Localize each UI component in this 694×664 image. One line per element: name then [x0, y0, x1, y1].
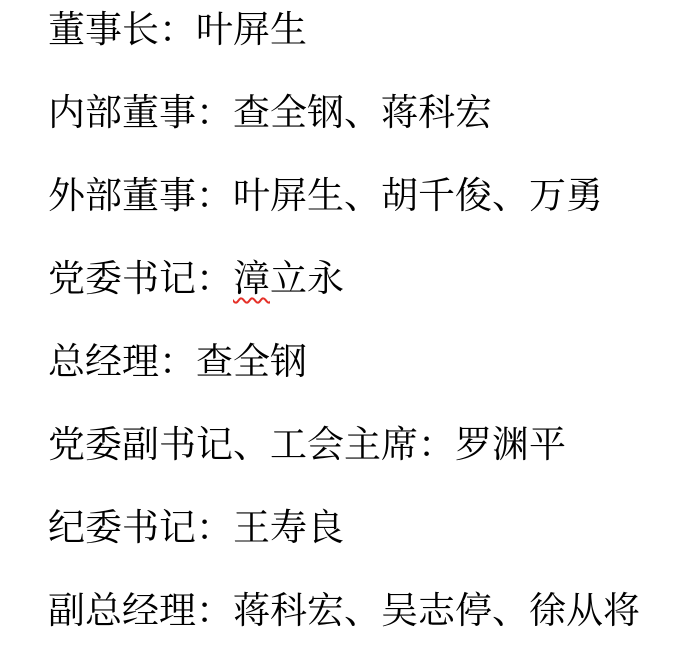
names-text: 王寿良: [233, 508, 344, 549]
colon-separator: ：: [196, 259, 233, 300]
role-label: 副总经理: [48, 591, 196, 632]
document-text-area[interactable]: 董事长：叶屏生 内部董事：查全钢、蒋科宏 外部董事：叶屏生、胡千俊、万勇 党委书…: [0, 0, 694, 664]
names-text: 立永: [270, 259, 344, 300]
misspelled-word-underline[interactable]: 漳: [233, 259, 270, 300]
paragraph-chairman[interactable]: 董事长：叶屏生: [48, 8, 674, 54]
paragraph-party-secretary[interactable]: 党委书记：漳立永: [48, 257, 674, 303]
paragraph-internal-directors[interactable]: 内部董事：查全钢、蒋科宏: [48, 91, 674, 137]
role-label: 纪委书记: [48, 508, 196, 549]
paragraph-deputy-general-managers[interactable]: 副总经理：蒋科宏、吴志停、徐从将: [48, 589, 674, 635]
names-text: 叶屏生: [196, 10, 307, 51]
role-label: 党委书记: [48, 259, 196, 300]
colon-separator: ：: [196, 93, 233, 134]
names-text: 查全钢: [196, 342, 307, 383]
names-text: 蒋科宏、吴志停、徐从将: [233, 591, 640, 632]
paragraph-general-manager[interactable]: 总经理：查全钢: [48, 340, 674, 386]
colon-separator: ：: [196, 591, 233, 632]
role-label: 党委副书记、工会主席: [48, 425, 418, 466]
colon-separator: ：: [159, 342, 196, 383]
names-text: 查全钢、蒋科宏: [233, 93, 492, 134]
names-text: 罗渊平: [455, 425, 566, 466]
paragraph-external-directors[interactable]: 外部董事：叶屏生、胡千俊、万勇: [48, 174, 674, 220]
role-label: 董事长: [48, 10, 159, 51]
paragraph-deputy-party-secretary-union-chairman[interactable]: 党委副书记、工会主席：罗渊平: [48, 423, 674, 469]
colon-separator: ：: [159, 10, 196, 51]
colon-separator: ：: [196, 508, 233, 549]
colon-separator: ：: [196, 176, 233, 217]
names-text: 叶屏生、胡千俊、万勇: [233, 176, 603, 217]
role-label: 总经理: [48, 342, 159, 383]
colon-separator: ：: [418, 425, 455, 466]
paragraph-discipline-committee-secretary[interactable]: 纪委书记：王寿良: [48, 506, 674, 552]
role-label: 外部董事: [48, 176, 196, 217]
role-label: 内部董事: [48, 93, 196, 134]
